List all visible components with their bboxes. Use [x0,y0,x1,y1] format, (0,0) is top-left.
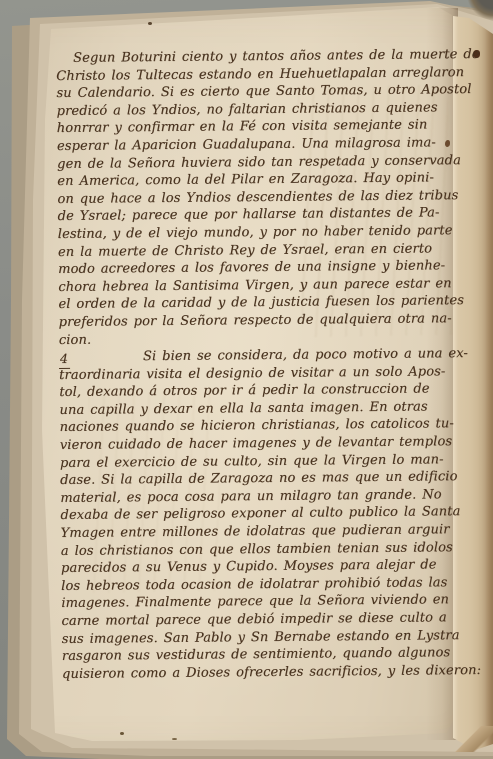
foxing-speck [172,738,177,740]
page-curl-shadow [462,0,493,30]
manuscript-line: quisieron como a Dioses ofrecerles sacri… [62,662,456,683]
foxing-speck [120,732,124,735]
bottom-corner-damage [455,726,493,752]
foxing-speck [148,22,152,25]
manuscript-text: Segun Boturini ciento y tantos años ante… [56,46,456,683]
